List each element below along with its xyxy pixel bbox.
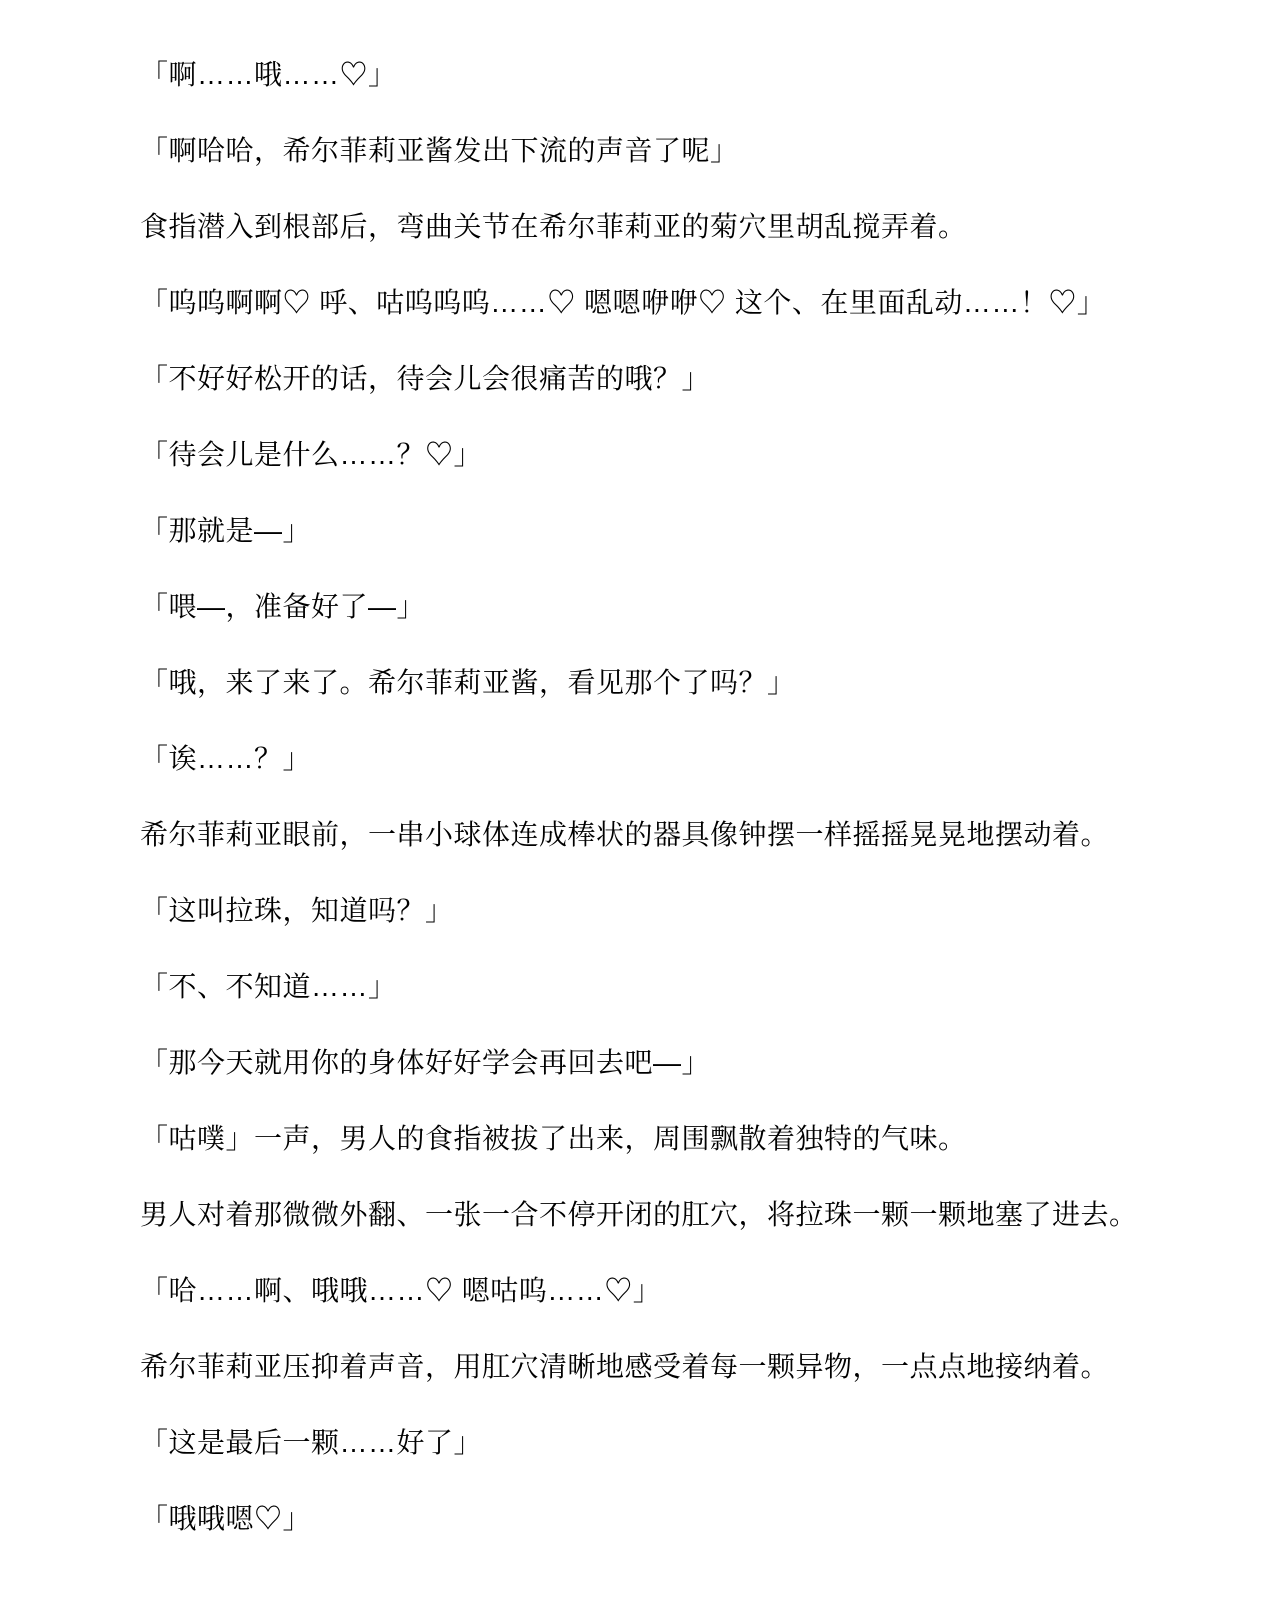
dialogue-line: 「哦哦嗯♡」	[140, 1481, 1240, 1557]
narration-line: 「咕噗」一声，男人的食指被拔了出来，周围飘散着独特的气味。	[140, 1101, 1240, 1177]
dialogue-line: 「哦，来了来了。希尔菲莉亚酱，看见那个了吗？」	[140, 645, 1240, 721]
text-block: 「啊……哦……♡」 「啊哈哈，希尔菲莉亚酱发出下流的声音了呢」 食指潜入到根部后…	[0, 0, 1280, 1557]
dialogue-line: 「不、不知道……」	[140, 949, 1240, 1025]
dialogue-line: 「哈……啊、哦哦……♡ 嗯咕呜……♡」	[140, 1253, 1240, 1329]
dialogue-line: 「不好好松开的话，待会儿会很痛苦的哦？」	[140, 341, 1240, 417]
document-page: 「啊……哦……♡」 「啊哈哈，希尔菲莉亚酱发出下流的声音了呢」 食指潜入到根部后…	[0, 0, 1280, 1624]
dialogue-line: 「那就是—」	[140, 493, 1240, 569]
dialogue-line: 「呜呜啊啊♡ 呼、咕呜呜呜……♡ 嗯嗯咿咿♡ 这个、在里面乱动……！♡」	[140, 265, 1240, 341]
dialogue-line: 「啊……哦……♡」	[140, 37, 1240, 113]
dialogue-line: 「喂—，准备好了—」	[140, 569, 1240, 645]
dialogue-line: 「这是最后一颗……好了」	[140, 1405, 1240, 1481]
narration-line: 希尔菲莉亚压抑着声音，用肛穴清晰地感受着每一颗异物，一点点地接纳着。	[140, 1329, 1240, 1405]
narration-line: 希尔菲莉亚眼前，一串小球体连成棒状的器具像钟摆一样摇摇晃晃地摆动着。	[140, 797, 1240, 873]
dialogue-line: 「那今天就用你的身体好好学会再回去吧—」	[140, 1025, 1240, 1101]
dialogue-line: 「啊哈哈，希尔菲莉亚酱发出下流的声音了呢」	[140, 113, 1240, 189]
narration-line: 男人对着那微微外翻、一张一合不停开闭的肛穴，将拉珠一颗一颗地塞了进去。	[140, 1177, 1240, 1253]
dialogue-line: 「待会儿是什么……？♡」	[140, 417, 1240, 493]
narration-line: 食指潜入到根部后，弯曲关节在希尔菲莉亚的菊穴里胡乱搅弄着。	[140, 189, 1240, 265]
dialogue-line: 「这叫拉珠，知道吗？」	[140, 873, 1240, 949]
dialogue-line: 「诶……？」	[140, 721, 1240, 797]
